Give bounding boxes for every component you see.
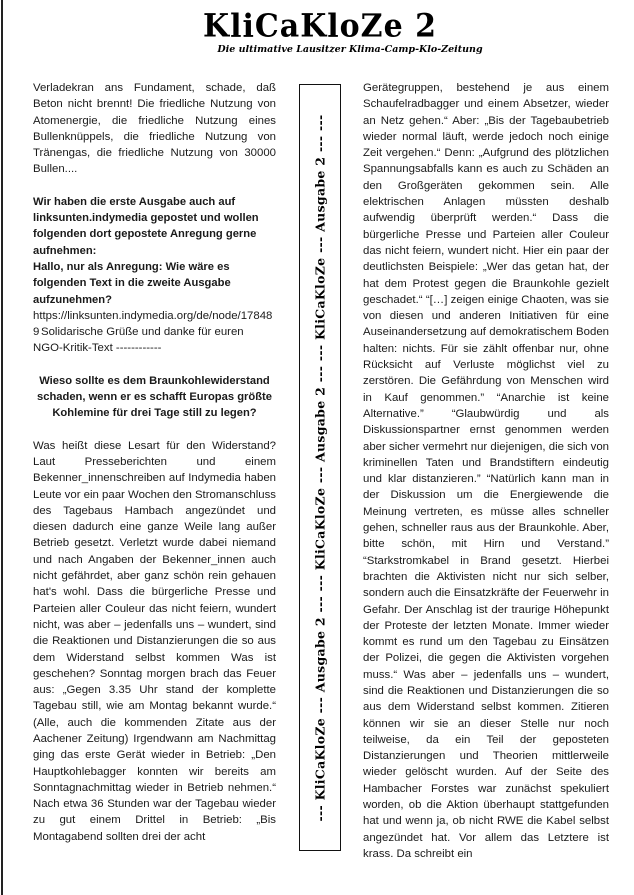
reader-suggestion: Hallo, nur als Anregung: Wie wäre es fol…	[33, 259, 276, 308]
spacer	[33, 422, 276, 438]
intro-paragraph: Verladekran ans Fundament, schade, daß B…	[33, 80, 276, 178]
right-column: Gerätegruppen, bestehend je aus einem Sc…	[363, 80, 609, 862]
page-left-border	[1, 0, 3, 895]
issue-banner-text: --- KliCaKloZe --- Ausgabe 2 --- --- Kli…	[313, 114, 328, 821]
masthead: KliCaKloZe 2 Die ultimative Lausitzer Kl…	[150, 10, 490, 56]
editorial-notice: Wir haben die erste Ausgabe auch auf lin…	[33, 194, 276, 259]
spacer	[33, 178, 276, 194]
article-headline: Wieso sollte es dem Braunkohlewiderstand…	[33, 373, 276, 422]
issue-banner-sidebar: --- KliCaKloZe --- Ausgabe 2 --- --- Kli…	[299, 84, 341, 851]
newspaper-subtitle: Die ultimative Lausitzer Klima-Camp-Klo-…	[210, 44, 490, 56]
article-body-right: Gerätegruppen, bestehend je aus einem Sc…	[363, 80, 609, 862]
spacer	[33, 357, 276, 373]
article-body-left: Was heißt diese Lesart für den Widerstan…	[33, 438, 276, 845]
newspaper-title: KliCaKloZe 2	[150, 9, 490, 45]
left-column: Verladekran ans Fundament, schade, daß B…	[33, 80, 276, 845]
suggestion-closing: Solidarische Grüße und danke für euren N…	[33, 324, 276, 357]
